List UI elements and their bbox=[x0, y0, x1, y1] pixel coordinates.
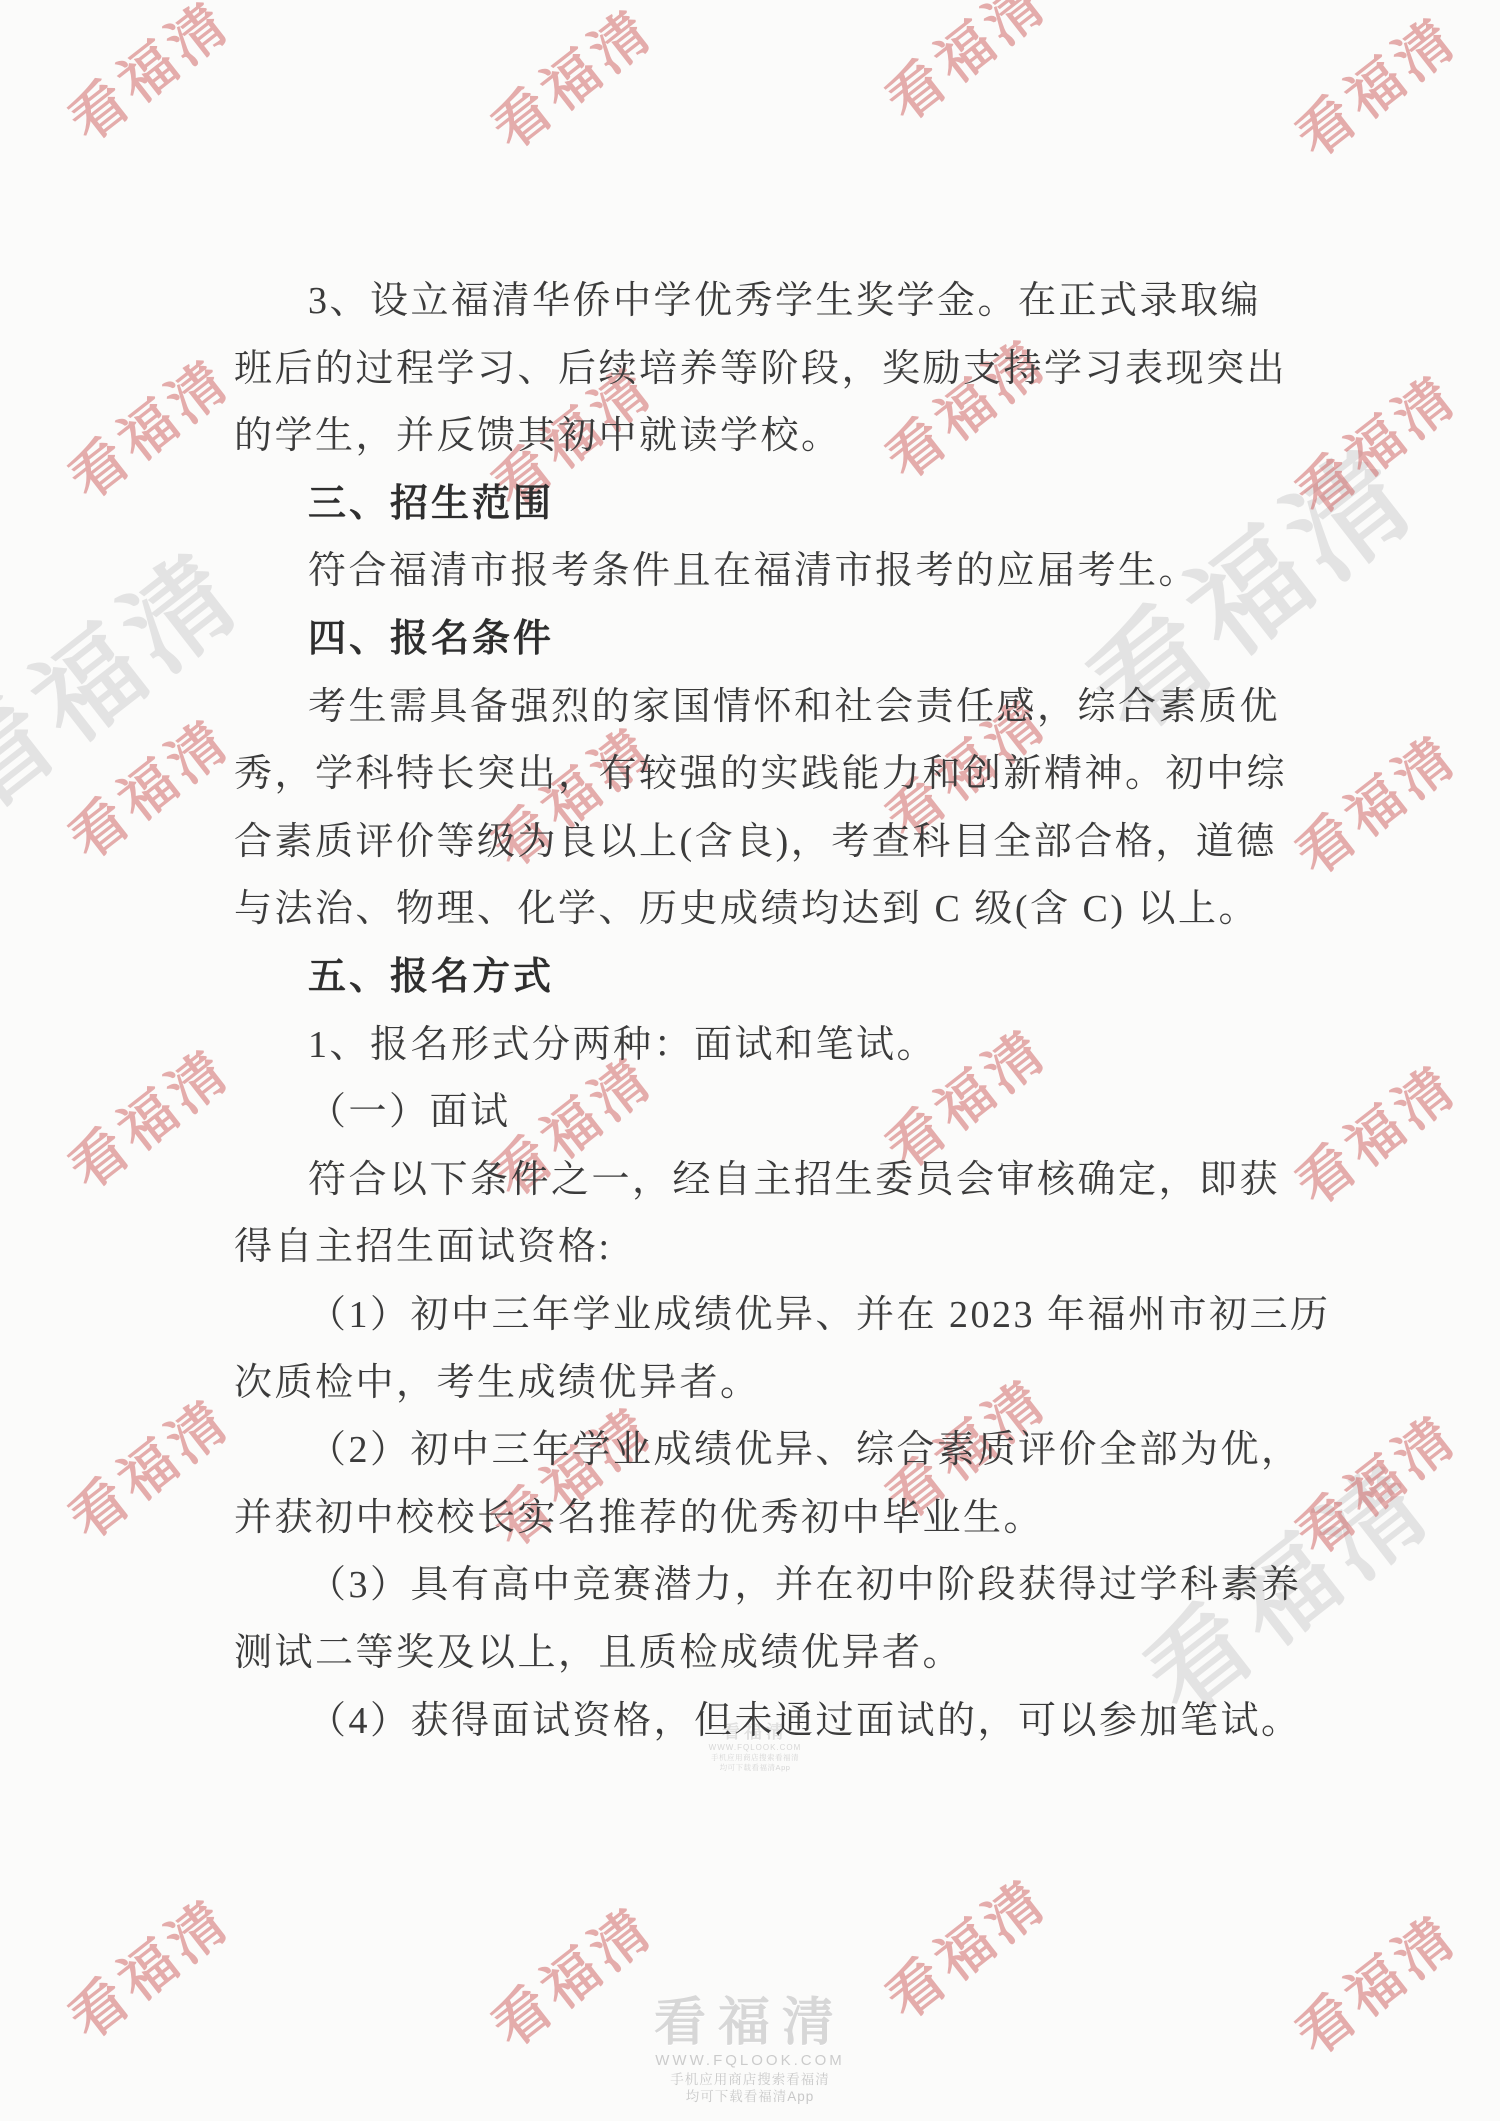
text-line: 次质检中，考生成绩优异者。 bbox=[234, 1360, 1324, 1406]
watermark-red: 看福清 bbox=[1277, 0, 1473, 173]
watermark-red: 看福清 bbox=[50, 697, 246, 875]
watermark-red: 看福清 bbox=[1277, 1893, 1473, 2071]
mid-logo-line1: 手机应用商店搜索看福清 bbox=[655, 1753, 855, 1763]
text-line: 班后的过程学习、后续培养等阶段，奖励支持学习表现突出 bbox=[234, 346, 1324, 392]
text-line: （1）初中三年学业成绩优异、并在 2023 年福州市初三历 bbox=[234, 1292, 1398, 1338]
section-heading: 五、报名方式 bbox=[234, 954, 1398, 1000]
watermark-red: 看福清 bbox=[867, 1857, 1063, 2035]
text-line: 考生需具备强烈的家国情怀和社会责任感，综合素质优 bbox=[234, 684, 1398, 730]
text-line: 测试二等奖及以上，且质检成绩优异者。 bbox=[234, 1630, 1324, 1676]
watermark-gray: 看福清 bbox=[0, 510, 270, 841]
text-line: 合素质评价等级为良以上(含良)，考查科目全部合格，道德 bbox=[234, 819, 1324, 865]
text-line: 符合福清市报考条件且在福清市报考的应届考生。 bbox=[234, 548, 1398, 594]
watermark-red: 看福清 bbox=[50, 337, 246, 515]
section-heading: 三、招生范围 bbox=[234, 481, 1398, 527]
watermark-red: 看福清 bbox=[1277, 1393, 1473, 1571]
text-line: （2）初中三年学业成绩优异、综合素质评价全部为优， bbox=[234, 1427, 1398, 1473]
text-line: 1、报名形式分两种：面试和笔试。 bbox=[234, 1022, 1398, 1068]
watermark-red: 看福清 bbox=[50, 1027, 246, 1205]
text-line: （3）具有高中竞赛潜力，并在初中阶段获得过学科素养 bbox=[234, 1562, 1398, 1608]
footer-logo-line2: 均可下载看福清App bbox=[560, 2088, 940, 2105]
text-line: 与法治、物理、化学、历史成绩均达到 C 级(含 C) 以上。 bbox=[234, 886, 1324, 932]
footer-logo-line1: 手机应用商店搜索看福清 bbox=[560, 2071, 940, 2088]
watermark-red: 看福清 bbox=[867, 0, 1063, 137]
section-heading: 四、报名条件 bbox=[234, 616, 1398, 662]
footer-logo-url: WWW.FQLOOK.COM bbox=[560, 2051, 940, 2071]
footer-logo-title: 看福清 bbox=[560, 1995, 940, 2051]
text-line: （一）面试 bbox=[234, 1089, 1398, 1135]
text-line: 的学生，并反馈其初中就读学校。 bbox=[234, 413, 1324, 459]
watermark-red: 看福清 bbox=[867, 317, 1063, 495]
document-page: 看福清看福清看福清 看福清 WWW.FQLOOK.COM 手机应用商店搜索看福清… bbox=[0, 0, 1500, 2121]
mid-logo-url: WWW.FQLOOK.COM bbox=[655, 1742, 855, 1753]
text-line: 符合以下条件之一，经自主招生委员会审核确定，即获 bbox=[234, 1157, 1398, 1203]
watermark-red: 看福清 bbox=[50, 1377, 246, 1555]
text-line: 秀，学科特长突出，有较强的实践能力和创新精神。初中综 bbox=[234, 751, 1324, 797]
text-line: 得自主招生面试资格: bbox=[234, 1224, 1324, 1270]
watermark-red: 看福清 bbox=[50, 0, 246, 157]
mid-logo-line2: 均可下载看福清App bbox=[655, 1763, 855, 1773]
watermark-red: 看福清 bbox=[473, 0, 669, 165]
watermark-red: 看福清 bbox=[473, 1885, 669, 2063]
watermark-red: 看福清 bbox=[50, 1877, 246, 2055]
text-line: （4）获得面试资格，但未通过面试的，可以参加笔试。 bbox=[234, 1698, 1398, 1744]
text-line: 3、设立福清华侨中学优秀学生奖学金。在正式录取编 bbox=[234, 278, 1398, 324]
footer-logo-watermark: 看福清 WWW.FQLOOK.COM 手机应用商店搜索看福清 均可下载看福清Ap… bbox=[560, 1995, 940, 2105]
text-line: 并获初中校校长实名推荐的优秀初中毕业生。 bbox=[234, 1495, 1324, 1541]
